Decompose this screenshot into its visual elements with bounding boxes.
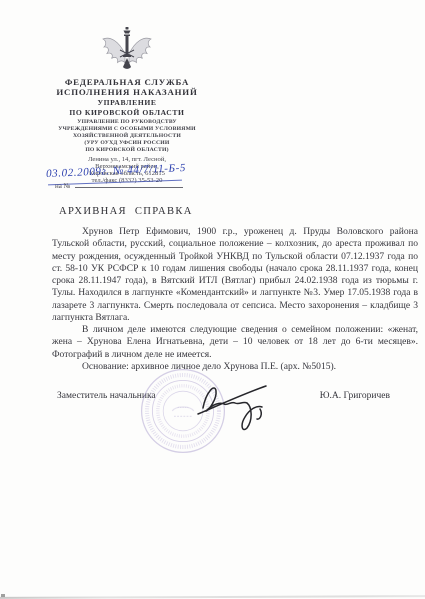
scan-speck-artifact xyxy=(1,594,5,597)
letterhead-subdivision-line: ПО КИРОВСКОЙ ОБЛАСТИ) xyxy=(12,147,242,154)
handwritten-signature xyxy=(195,377,269,437)
document-page: ФЕДЕРАЛЬНАЯ СЛУЖБА ИСПОЛНЕНИЯ НАКАЗАНИЙ … xyxy=(0,0,425,599)
letterhead-org-line: ФЕДЕРАЛЬНАЯ СЛУЖБА xyxy=(12,77,242,87)
letterhead-subdivision-line: (УРУ ОУХД УФСИН РОССИИ xyxy=(12,140,242,147)
letterhead-subdivision-line: УПРАВЛЕНИЕ ПО РУКОВОДСТВУ xyxy=(12,119,242,126)
scan-edge-artifact xyxy=(0,595,425,599)
letterhead-org-line: ИСПОЛНЕНИЯ НАКАЗАНИЙ xyxy=(12,87,242,97)
body-paragraph-basis: Основание: архивное личное дело Хрунова … xyxy=(52,361,418,373)
letterhead-address-line: Ленина ул., 14, пгт. Лесной, xyxy=(12,156,242,163)
letterhead-division-line: УПРАВЛЕНИЕ xyxy=(12,98,242,107)
fsin-eagle-emblem-icon xyxy=(100,24,154,74)
incoming-ref-line: на № xyxy=(55,181,183,190)
letterhead-subdivision-line: УЧРЕЖДЕНИЯМИ С ОСОБЫМИ УСЛОВИЯМИ xyxy=(12,126,242,133)
incoming-ref-label: на № xyxy=(55,182,70,190)
document-title: АРХИВНАЯ СПРАВКА xyxy=(59,206,193,217)
letterhead-division-line: ПО КИРОВСКОЙ ОБЛАСТИ xyxy=(12,108,242,117)
document-body: Хрунов Петр Ефимович, 1900 г.р., урожене… xyxy=(52,226,418,373)
blank-rule xyxy=(75,181,183,188)
body-paragraph-family: В личном деле имеются следующие сведения… xyxy=(52,324,418,361)
body-paragraph-biography: Хрунов Петр Ефимович, 1900 г.р., урожене… xyxy=(52,226,418,324)
letterhead: ФЕДЕРАЛЬНАЯ СЛУЖБА ИСПОЛНЕНИЯ НАКАЗАНИЙ … xyxy=(12,24,242,184)
letterhead-subdivision-line: ХОЗЯЙСТВЕННОЙ ДЕЯТЕЛЬНОСТИ xyxy=(12,133,242,140)
signer-name: Ю.А. Григоричев xyxy=(320,391,390,401)
